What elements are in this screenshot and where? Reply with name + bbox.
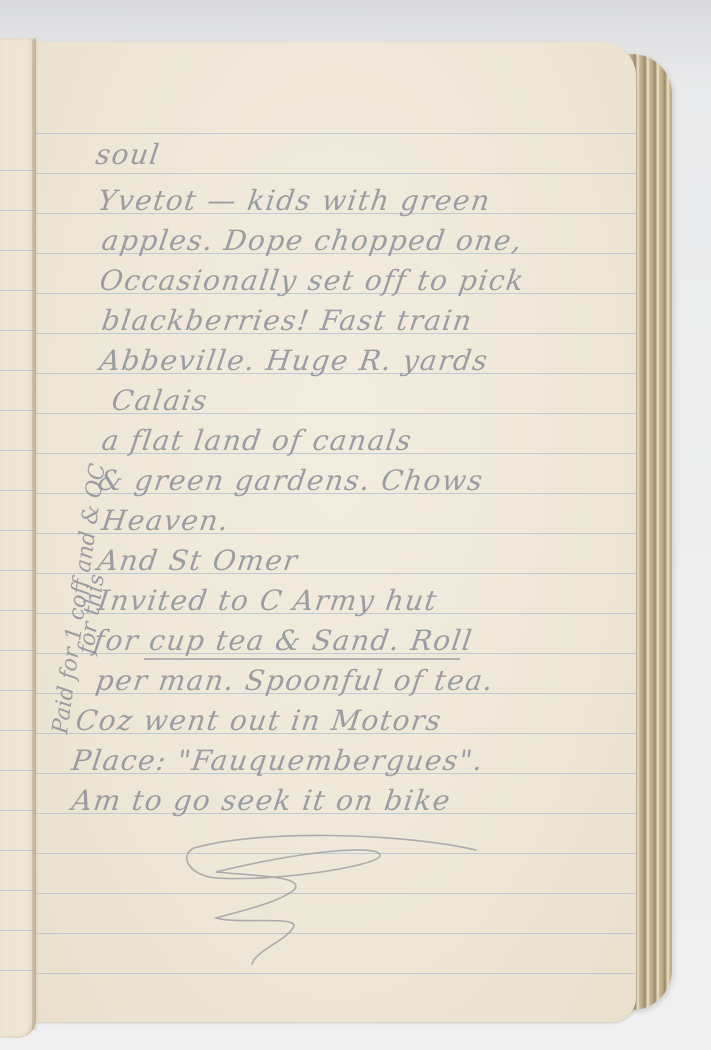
end-flourish-icon [176,826,536,966]
ruled-line [0,250,36,251]
ruled-line [0,210,36,211]
ruled-line [0,650,36,651]
ruled-line [0,450,36,451]
ruled-line [0,770,36,771]
handwritten-line: Abbeville. Huge R. yards [98,344,491,377]
ruled-line [0,970,36,971]
ruled-line [0,370,36,371]
facing-left-page [0,38,36,1038]
handwritten-line: Place: "Fauquembergues". [70,744,486,777]
ruled-line [0,810,36,811]
ruled-line [0,730,36,731]
handwritten-line: Coz went out in Motors [74,704,445,737]
handwritten-line: per man. Spoonful of tea. [94,664,497,697]
handwritten-line: Yvetot — kids with green [96,184,493,217]
handwritten-line: Calais [110,384,211,417]
ruled-line [0,930,36,931]
ruled-line [0,850,36,851]
ruled-line [36,973,636,974]
ruled-line [0,170,36,171]
ruled-line [0,890,36,891]
ruled-line [36,173,636,174]
ruled-line [0,330,36,331]
handwritten-line: soul [94,138,163,171]
handwritten-line: And St Omer [96,544,301,577]
handwritten-line: Am to go seek it on bike [70,784,454,817]
ruled-line [36,133,636,134]
ruled-line [0,530,36,531]
handwritten-line: Heaven. [100,504,232,537]
ruled-line [0,290,36,291]
underline-mark [144,658,460,660]
ruled-line [0,490,36,491]
handwritten-line: apples. Dope chopped one, [100,224,525,257]
ruled-line [0,570,36,571]
handwritten-line: & green gardens. Chows [96,464,486,497]
handwritten-line: a flat land of canals [100,424,415,457]
binding-gutter [32,40,38,1030]
ruled-line [0,690,36,691]
handwritten-line: Invited to C Army hut [96,584,440,617]
ruled-line [0,410,36,411]
ruled-line [0,610,36,611]
handwritten-line: Occasionally set off to pick [98,264,527,297]
handwritten-line: for cup tea & Sand. Roll [92,624,475,657]
handwritten-line: blackberries! Fast train [100,304,475,337]
